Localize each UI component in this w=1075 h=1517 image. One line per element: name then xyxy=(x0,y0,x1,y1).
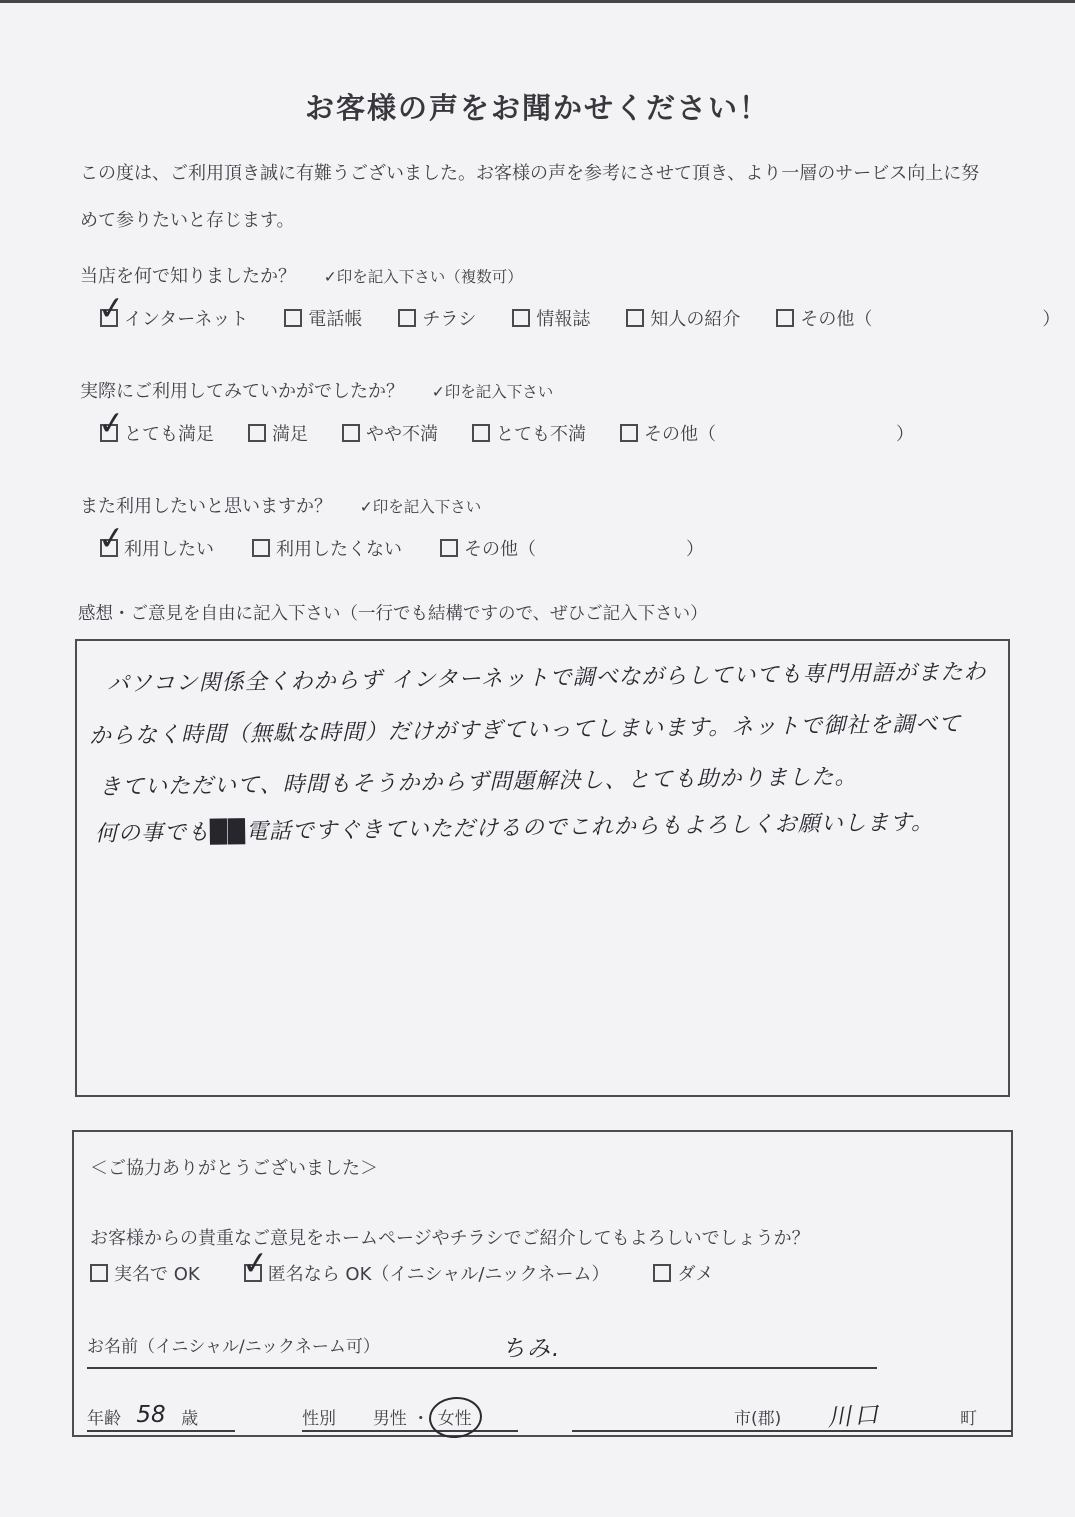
option-label: とても満足 xyxy=(124,420,214,446)
options-row: 利用したい 利用したくない その他（ ） xyxy=(80,535,1020,561)
handwritten-age: 58 xyxy=(136,1402,165,1428)
option-satisfied: 満足 xyxy=(248,420,308,446)
city-label: 市(郡) xyxy=(734,1404,781,1429)
option-magazine: 情報誌 xyxy=(512,305,590,331)
question-label-row: 当店を何で知りましたか？ ✓印を記入下さい（複数可） xyxy=(80,262,1020,288)
question-use-again: また利用したいと思いますか？ ✓印を記入下さい 利用したい 利用したくない その… xyxy=(80,492,1020,561)
option-label: インターネット xyxy=(124,305,248,331)
option-label: 満足 xyxy=(272,420,308,446)
age-field: 年齢 58 歳 xyxy=(87,1404,235,1432)
question-label-row: 実際にご利用してみていかがでしたか？ ✓印を記入下さい xyxy=(80,377,1020,403)
option-no: ダメ xyxy=(653,1260,713,1286)
options-row: とても満足 満足 やや不満 とても不満 その他（ ） xyxy=(80,420,1020,446)
option-close-paren: ） xyxy=(896,420,914,446)
gender-option-male: 男性 xyxy=(373,1409,407,1429)
handwritten-comment-line: パソコン関係全くわからず インターネットで調べながらしていても専門用語がまたわ xyxy=(107,655,987,698)
option-very-dissatisfied: とても不満 xyxy=(472,420,586,446)
option-internet: インターネット xyxy=(100,305,248,331)
handwritten-city: 川口 xyxy=(826,1394,882,1433)
option-label: その他（ xyxy=(800,305,872,331)
option-very-satisfied: とても満足 xyxy=(100,420,214,446)
checkbox-satisfied xyxy=(248,424,266,442)
checkbox-want-to-use xyxy=(100,539,118,557)
checkbox-very-satisfied xyxy=(100,424,118,442)
option-close-paren: ） xyxy=(1042,305,1060,331)
option-somewhat-dissatisfied: やや不満 xyxy=(342,420,438,446)
option-label: 利用したい xyxy=(124,535,214,561)
option-referral: 知人の紹介 xyxy=(626,305,740,331)
option-label: 情報誌 xyxy=(536,305,590,331)
option-label: その他（ xyxy=(644,420,716,446)
handwritten-comment-line: からなく時間（無駄な時間）だけがすぎていってしまいます。ネットで御社を調べて xyxy=(89,707,962,750)
page-title: お客様の声をお聞かせください！ xyxy=(0,86,1075,127)
gender-label: 性別 xyxy=(302,1409,336,1429)
option-label: その他（ xyxy=(464,535,536,561)
town-label: 町 xyxy=(960,1404,977,1429)
scanned-survey-page: お客様の声をお聞かせください！ この度は、ご利用頂き誠に有難うございました。お客… xyxy=(0,0,1075,1517)
checkbox-other xyxy=(440,539,458,557)
age-label: 年齢 xyxy=(87,1409,121,1429)
checkbox-real-name-ok xyxy=(90,1264,108,1282)
checkbox-anonymous-ok xyxy=(244,1264,262,1282)
option-flyer: チラシ xyxy=(398,305,476,331)
question-how-did-you-find-us: 当店を何で知りましたか？ ✓印を記入下さい（複数可） インターネット 電話帳 チ… xyxy=(80,262,1020,331)
gender-separator: ・ xyxy=(412,1409,429,1429)
question-satisfaction: 実際にご利用してみていかがでしたか？ ✓印を記入下さい とても満足 満足 やや不… xyxy=(80,377,1020,446)
option-label: ダメ xyxy=(677,1260,713,1286)
option-label: 知人の紹介 xyxy=(650,305,740,331)
checkbox-flyer xyxy=(398,309,416,327)
checkbox-do-not-want xyxy=(252,539,270,557)
option-label: 電話帳 xyxy=(308,305,362,331)
checkbox-internet xyxy=(100,309,118,327)
checkbox-other xyxy=(620,424,638,442)
checkbox-phonebook xyxy=(284,309,302,327)
respondent-info-box: ＜ご協力ありがとうございました＞ お客様からの貴重なご意見をホームページやチラシ… xyxy=(72,1130,1013,1437)
gender-option-female-circled: 女性 xyxy=(435,1404,475,1429)
option-other: その他（ ） xyxy=(440,535,704,561)
publish-permission-question: お客様からの貴重なご意見をホームページやチラシでご紹介してもよろしいでしょうか？ xyxy=(90,1224,810,1250)
intro-paragraph: この度は、ご利用頂き誠に有難うございました。お客様の声を参考にさせて頂き、より一… xyxy=(80,150,992,244)
name-field-label: お名前（イニシャル/ニックネーム可） xyxy=(87,1337,380,1357)
question-label-row: また利用したいと思いますか？ ✓印を記入下さい xyxy=(80,492,1020,518)
option-anonymous-ok: 匿名なら OK（イニシャル/ニックネーム） xyxy=(244,1260,610,1286)
option-want-to-use: 利用したい xyxy=(100,535,214,561)
option-label: とても不満 xyxy=(496,420,586,446)
options-row: インターネット 電話帳 チラシ 情報誌 知人の紹介 その他（ xyxy=(80,305,1020,331)
option-close-paren: ） xyxy=(686,535,704,561)
question-instruction: ✓印を記入下さい（複数可） xyxy=(324,268,523,286)
handwritten-name: ちみ. xyxy=(502,1330,561,1363)
option-other: その他（ ） xyxy=(620,420,914,446)
option-label: 利用したくない xyxy=(276,535,402,561)
option-do-not-want: 利用したくない xyxy=(252,535,402,561)
handwritten-comment-line: 何の事でも██電話ですぐきていただけるのでこれからもよろしくお願いします。 xyxy=(95,805,934,848)
gender-field: 性別 男性 ・ 女性 xyxy=(302,1404,518,1432)
checkbox-other xyxy=(776,309,794,327)
checkbox-magazine xyxy=(512,309,530,327)
option-label: 匿名なら OK（イニシャル/ニックネーム） xyxy=(268,1260,610,1286)
option-phonebook: 電話帳 xyxy=(284,305,362,331)
checkbox-somewhat-dissatisfied xyxy=(342,424,360,442)
scan-edge-artifact xyxy=(0,0,1075,3)
age-unit: 歳 xyxy=(181,1409,198,1429)
checkbox-very-dissatisfied xyxy=(472,424,490,442)
option-label: チラシ xyxy=(422,305,476,331)
comments-write-in-box: パソコン関係全くわからず インターネットで調べながらしていても専門用語がまたわ … xyxy=(75,639,1010,1097)
option-label: 実名で OK xyxy=(114,1260,200,1286)
question-label: 当店を何で知りましたか？ xyxy=(80,266,296,287)
city-field: 市(郡) 川口 町 xyxy=(572,1404,1012,1432)
option-label: やや不満 xyxy=(366,420,438,446)
question-instruction: ✓印を記入下さい xyxy=(432,383,554,401)
checkbox-no xyxy=(653,1264,671,1282)
checkbox-referral xyxy=(626,309,644,327)
name-field-row: お名前（イニシャル/ニックネーム可） ちみ. xyxy=(87,1332,877,1369)
comments-label: 感想・ご意見を自由に記入下さい（一行でも結構ですので、ぜひご記入下さい） xyxy=(78,600,1013,625)
handwritten-comment-line: きていただいて、時間もそうかからず問題解決し、とても助かりました。 xyxy=(99,760,858,802)
option-real-name-ok: 実名で OK xyxy=(90,1260,200,1286)
option-other: その他（ ） xyxy=(776,305,1060,331)
question-label: 実際にご利用してみていかがでしたか？ xyxy=(80,381,404,402)
publish-options-row: 実名で OK 匿名なら OK（イニシャル/ニックネーム） ダメ xyxy=(90,1260,713,1286)
question-instruction: ✓印を記入下さい xyxy=(360,498,482,516)
thanks-note: ＜ご協力ありがとうございました＞ xyxy=(90,1154,378,1180)
question-label: また利用したいと思いますか？ xyxy=(80,496,332,517)
comments-section: 感想・ご意見を自由に記入下さい（一行でも結構ですので、ぜひご記入下さい） パソコ… xyxy=(78,600,1013,1097)
